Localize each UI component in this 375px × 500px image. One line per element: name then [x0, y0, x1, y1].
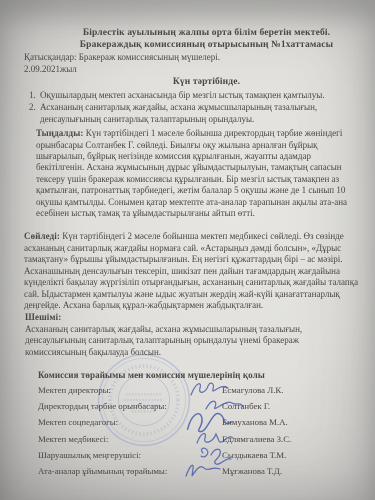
spoke-paragraph: Сөйледі: Күн тәртібіндегі 2 мәселе бойын…: [24, 231, 361, 311]
signature-role: Мектеп соцпедагогы:: [38, 417, 188, 428]
signature-row-parents-chair: Ата-аналар ұйымының төрайымы: Мұғжанова …: [38, 466, 361, 482]
document-photo: Бірлестік ауылының жалпы орта білім бере…: [0, 0, 375, 500]
signature-role: Директордың тәрбие орынбасары:: [38, 401, 188, 412]
agenda-list: Оқушылардың мектеп асханасында бір мезгі…: [24, 90, 361, 125]
decision-label-text: Шешімі:: [25, 312, 61, 322]
signature-row-director: Мектеп директоры: Есмагулова Л.К.: [38, 385, 361, 401]
signature-role: Шаруашылық меңгерушісі:: [38, 450, 188, 461]
heard-label: Тыңдалды:: [36, 128, 83, 138]
school-title: Бірлестік ауылының жалпы орта білім бере…: [24, 27, 361, 39]
agenda-item-2: Асхананың санитарлық жағдайы, асхана жұм…: [38, 102, 361, 125]
agenda-heading: Күн тәртібінде.: [24, 76, 361, 89]
heard-text: Күн тәртібіндегі 1 мәселе бойынша директ…: [36, 128, 347, 218]
decision-label: Шешімі:: [25, 312, 361, 324]
signatures-table: Мектеп директоры: Есмагулова Л.К. Директ…: [38, 385, 361, 482]
decision-text: Асхананың санитарлық жағдайы, асхана жұм…: [25, 324, 355, 358]
handwritten-signature-icon: [182, 460, 226, 482]
protocol-document: Бірлестік ауылының жалпы орта білім бере…: [0, 0, 375, 500]
spoke-label: Сөйледі:: [24, 231, 60, 241]
signature-role: Мектеп директоры:: [38, 385, 188, 396]
protocol-title: Бракераждық комиссияның отырысының №1хат…: [24, 39, 361, 51]
signature-role: Ата-аналар ұйымының төрайымы:: [38, 466, 188, 477]
date-line: 2.09.2021жыл: [24, 63, 361, 75]
signature-role: Мектеп медбикесі:: [38, 434, 188, 445]
heard-paragraph: Тыңдалды: Күн тәртібіндегі 1 мәселе бойы…: [36, 128, 361, 219]
spoke-text: Күн тәртібіндегі 2 мәселе бойынша мектеп…: [24, 231, 358, 309]
agenda-item-1: Оқушылардың мектеп асханасында бір мезгі…: [38, 90, 361, 101]
participants-line: Қатысқандар: Бракераж комиссиясының мүше…: [24, 51, 361, 63]
